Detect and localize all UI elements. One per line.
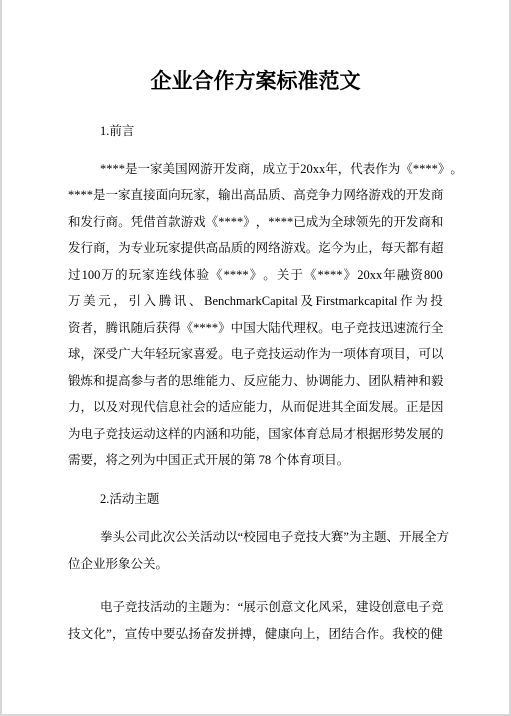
paragraph-line: 球，深受广大年轻玩家喜爱。电子竞技运动作为一项体育项目，可以 [68, 341, 443, 368]
paragraph-line: 力，以及对现代信息社会的适应能力，从而促进其全面发展。正是因 [68, 394, 443, 421]
paragraph-line: 和发行商。凭借首款游戏《****》，****已成为全球领先的开发商和 [68, 209, 443, 236]
paragraph-line: ****是一家美国网游开发商，成立于 20xx 年，代表作为《****》。 [68, 156, 443, 183]
paragraph-line: 发行商，为专业玩家提供高品质的网络游戏。迄今为止，每天都有超 [68, 235, 443, 262]
section-heading-2: 2.活动主题 [68, 486, 443, 513]
paragraph-line: 万美元，引入腾讯、BenchmarkCapital 及 Firstmarkcap… [68, 288, 443, 315]
document-page: 企业合作方案标准范文 1.前言 ****是一家美国网游开发商，成立于 20xx … [0, 0, 511, 716]
paragraph-line: 资者，腾讯随后获得《****》中国大陆代理权。电子竞技迅速流行全 [68, 315, 443, 342]
paragraph-2: 拳头公司此次公关活动以“校园电子竞技大赛”为主题、开展全方 位企业形象公关。 [68, 524, 443, 577]
paragraph-line: 过 100 万的玩家连线体验《****》。关于《****》20xx 年融资 80… [68, 262, 443, 289]
paragraph-line: 需要，将之列为中国正式开展的第 78 个体育项目。 [68, 447, 443, 474]
paragraph-line: 位企业形象公关。 [68, 551, 443, 578]
paragraph-line: ****是一家直接面向玩家，输出高品质、高竞争力网络游戏的开发商 [68, 182, 443, 209]
paragraph-line: 为电子竞技运动这样的内涵和功能，国家体育总局才根据形势发展的 [68, 421, 443, 448]
paragraph-line: 锻炼和提高参与者的思维能力、反应能力、协调能力、团队精神和毅 [68, 368, 443, 395]
section-heading-1: 1.前言 [68, 118, 443, 145]
paragraph-line: 电子竞技活动的主题为：“展示创意文化风采，建设创意电子竞 [68, 594, 443, 621]
paragraph-line: 拳头公司此次公关活动以“校园电子竞技大赛”为主题、开展全方 [68, 524, 443, 551]
paragraph-3: 电子竞技活动的主题为：“展示创意文化风采，建设创意电子竞 技文化”，宣传中要弘扬… [68, 594, 443, 647]
paragraph-1: ****是一家美国网游开发商，成立于 20xx 年，代表作为《****》。 **… [68, 156, 443, 474]
document-title: 企业合作方案标准范文 [68, 66, 443, 96]
paragraph-line: 技文化”，宣传中要弘扬奋发拼搏，健康向上，团结合作。我校的健 [68, 621, 443, 648]
